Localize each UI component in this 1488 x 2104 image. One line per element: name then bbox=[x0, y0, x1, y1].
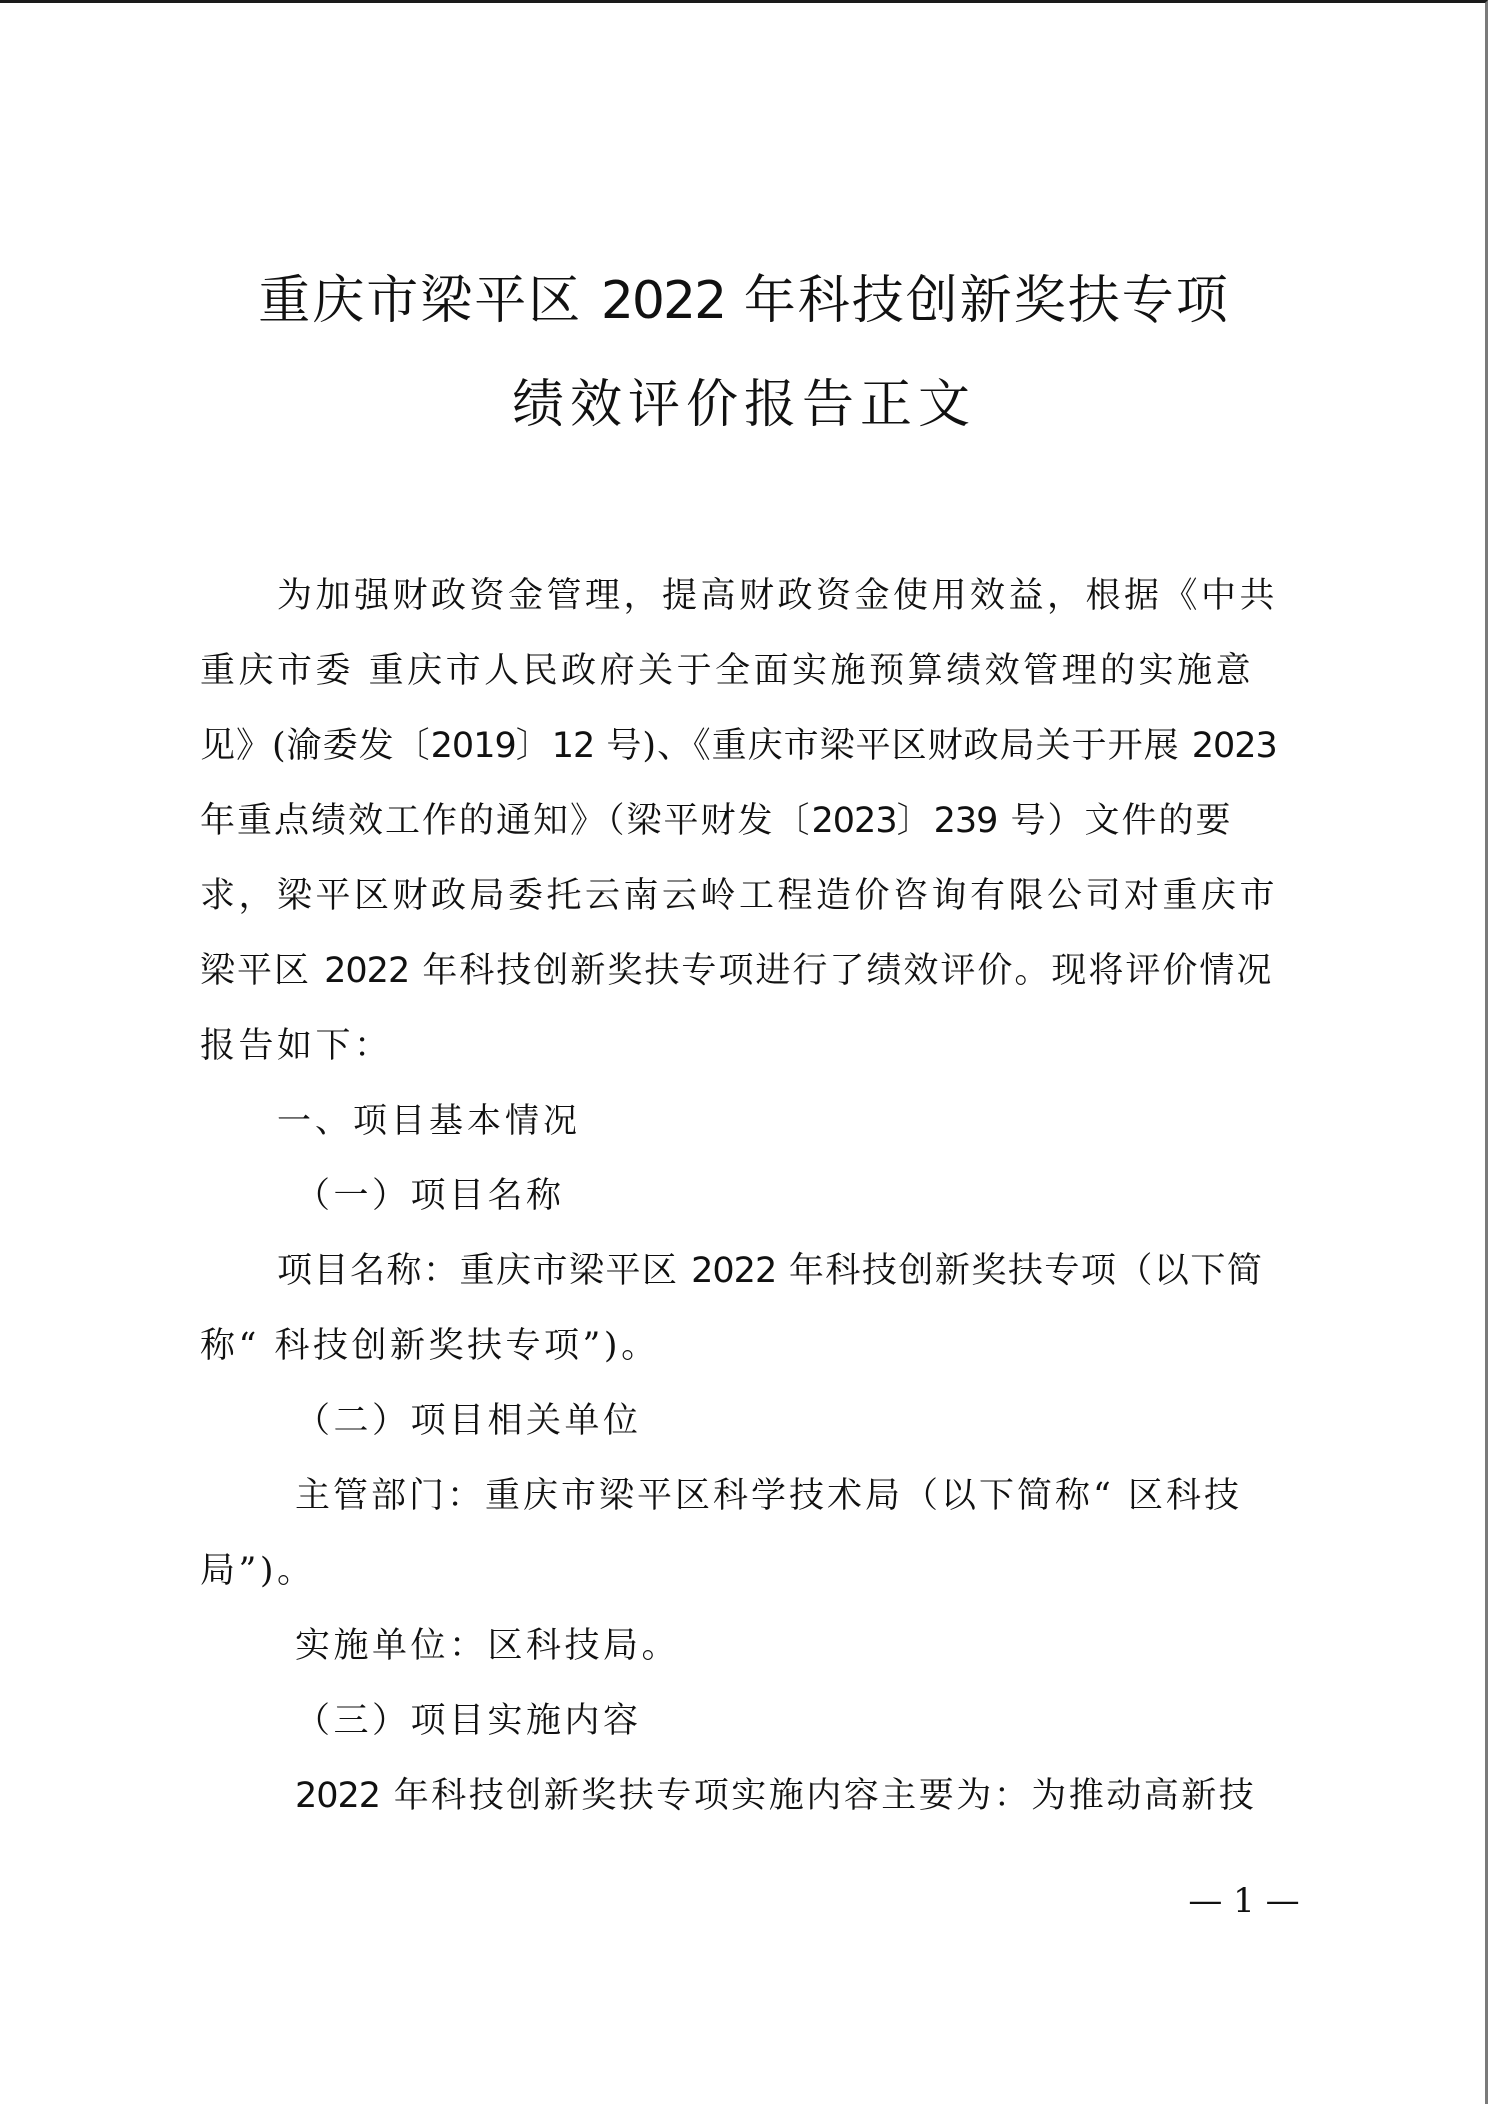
section-heading-1: 一、项目基本情况 bbox=[277, 1099, 1377, 1143]
implementer-line: 实施单位：区科技局。 bbox=[295, 1624, 1395, 1668]
implementation-line-1: 2022 年科技创新奖扶专项实施内容主要为：为推动高新技 bbox=[295, 1774, 1395, 1818]
supervisor-line-2: 局”)。 bbox=[200, 1549, 1300, 1593]
title-suffix: 年科技创新奖扶专项 bbox=[725, 271, 1230, 331]
document-page: 重庆市梁平区 2022 年科技创新奖扶专项 绩效评价报告正文 为加强财政资金管理… bbox=[0, 0, 1488, 2104]
intro-line-5: 求，梁平区财政局委托云南云岭工程造价咨询有限公司对重庆市 bbox=[200, 874, 1300, 918]
intro-line-7: 报告如下： bbox=[200, 1024, 1300, 1068]
subsection-heading-3: （三）项目实施内容 bbox=[295, 1699, 1395, 1743]
document-title-line-1: 重庆市梁平区 2022 年科技创新奖扶专项 bbox=[0, 271, 1488, 331]
document-title-line-2: 绩效评价报告正文 bbox=[0, 375, 1488, 435]
title-prefix: 重庆市梁平区 bbox=[258, 271, 601, 331]
intro-line-6: 梁平区 2022 年科技创新奖扶专项进行了绩效评价。现将评价情况 bbox=[200, 949, 1300, 993]
project-name-line-2: 称“ 科技创新奖扶专项”)。 bbox=[200, 1324, 1300, 1368]
intro-line-1: 为加强财政资金管理，提高财政资金使用效益，根据《中共 bbox=[277, 574, 1377, 618]
intro-line-3: 见》(渝委发〔2019〕12 号)、《重庆市梁平区财政局关于开展 2023 bbox=[200, 724, 1300, 768]
supervisor-line-1: 主管部门：重庆市梁平区科学技术局（以下简称“ 区科技 bbox=[295, 1474, 1395, 1518]
project-name-line-1: 项目名称：重庆市梁平区 2022 年科技创新奖扶专项（以下简 bbox=[277, 1249, 1377, 1293]
intro-line-4: 年重点绩效工作的通知》（梁平财发〔2023〕239 号）文件的要 bbox=[200, 799, 1300, 843]
subsection-heading-1: （一）项目名称 bbox=[295, 1174, 1395, 1218]
title-year: 2022 bbox=[601, 271, 725, 331]
intro-line-2: 重庆市委 重庆市人民政府关于全面实施预算绩效管理的实施意 bbox=[200, 649, 1300, 693]
page-number: — 1 — bbox=[1182, 1879, 1306, 1923]
subsection-heading-2: （二）项目相关单位 bbox=[295, 1399, 1395, 1443]
